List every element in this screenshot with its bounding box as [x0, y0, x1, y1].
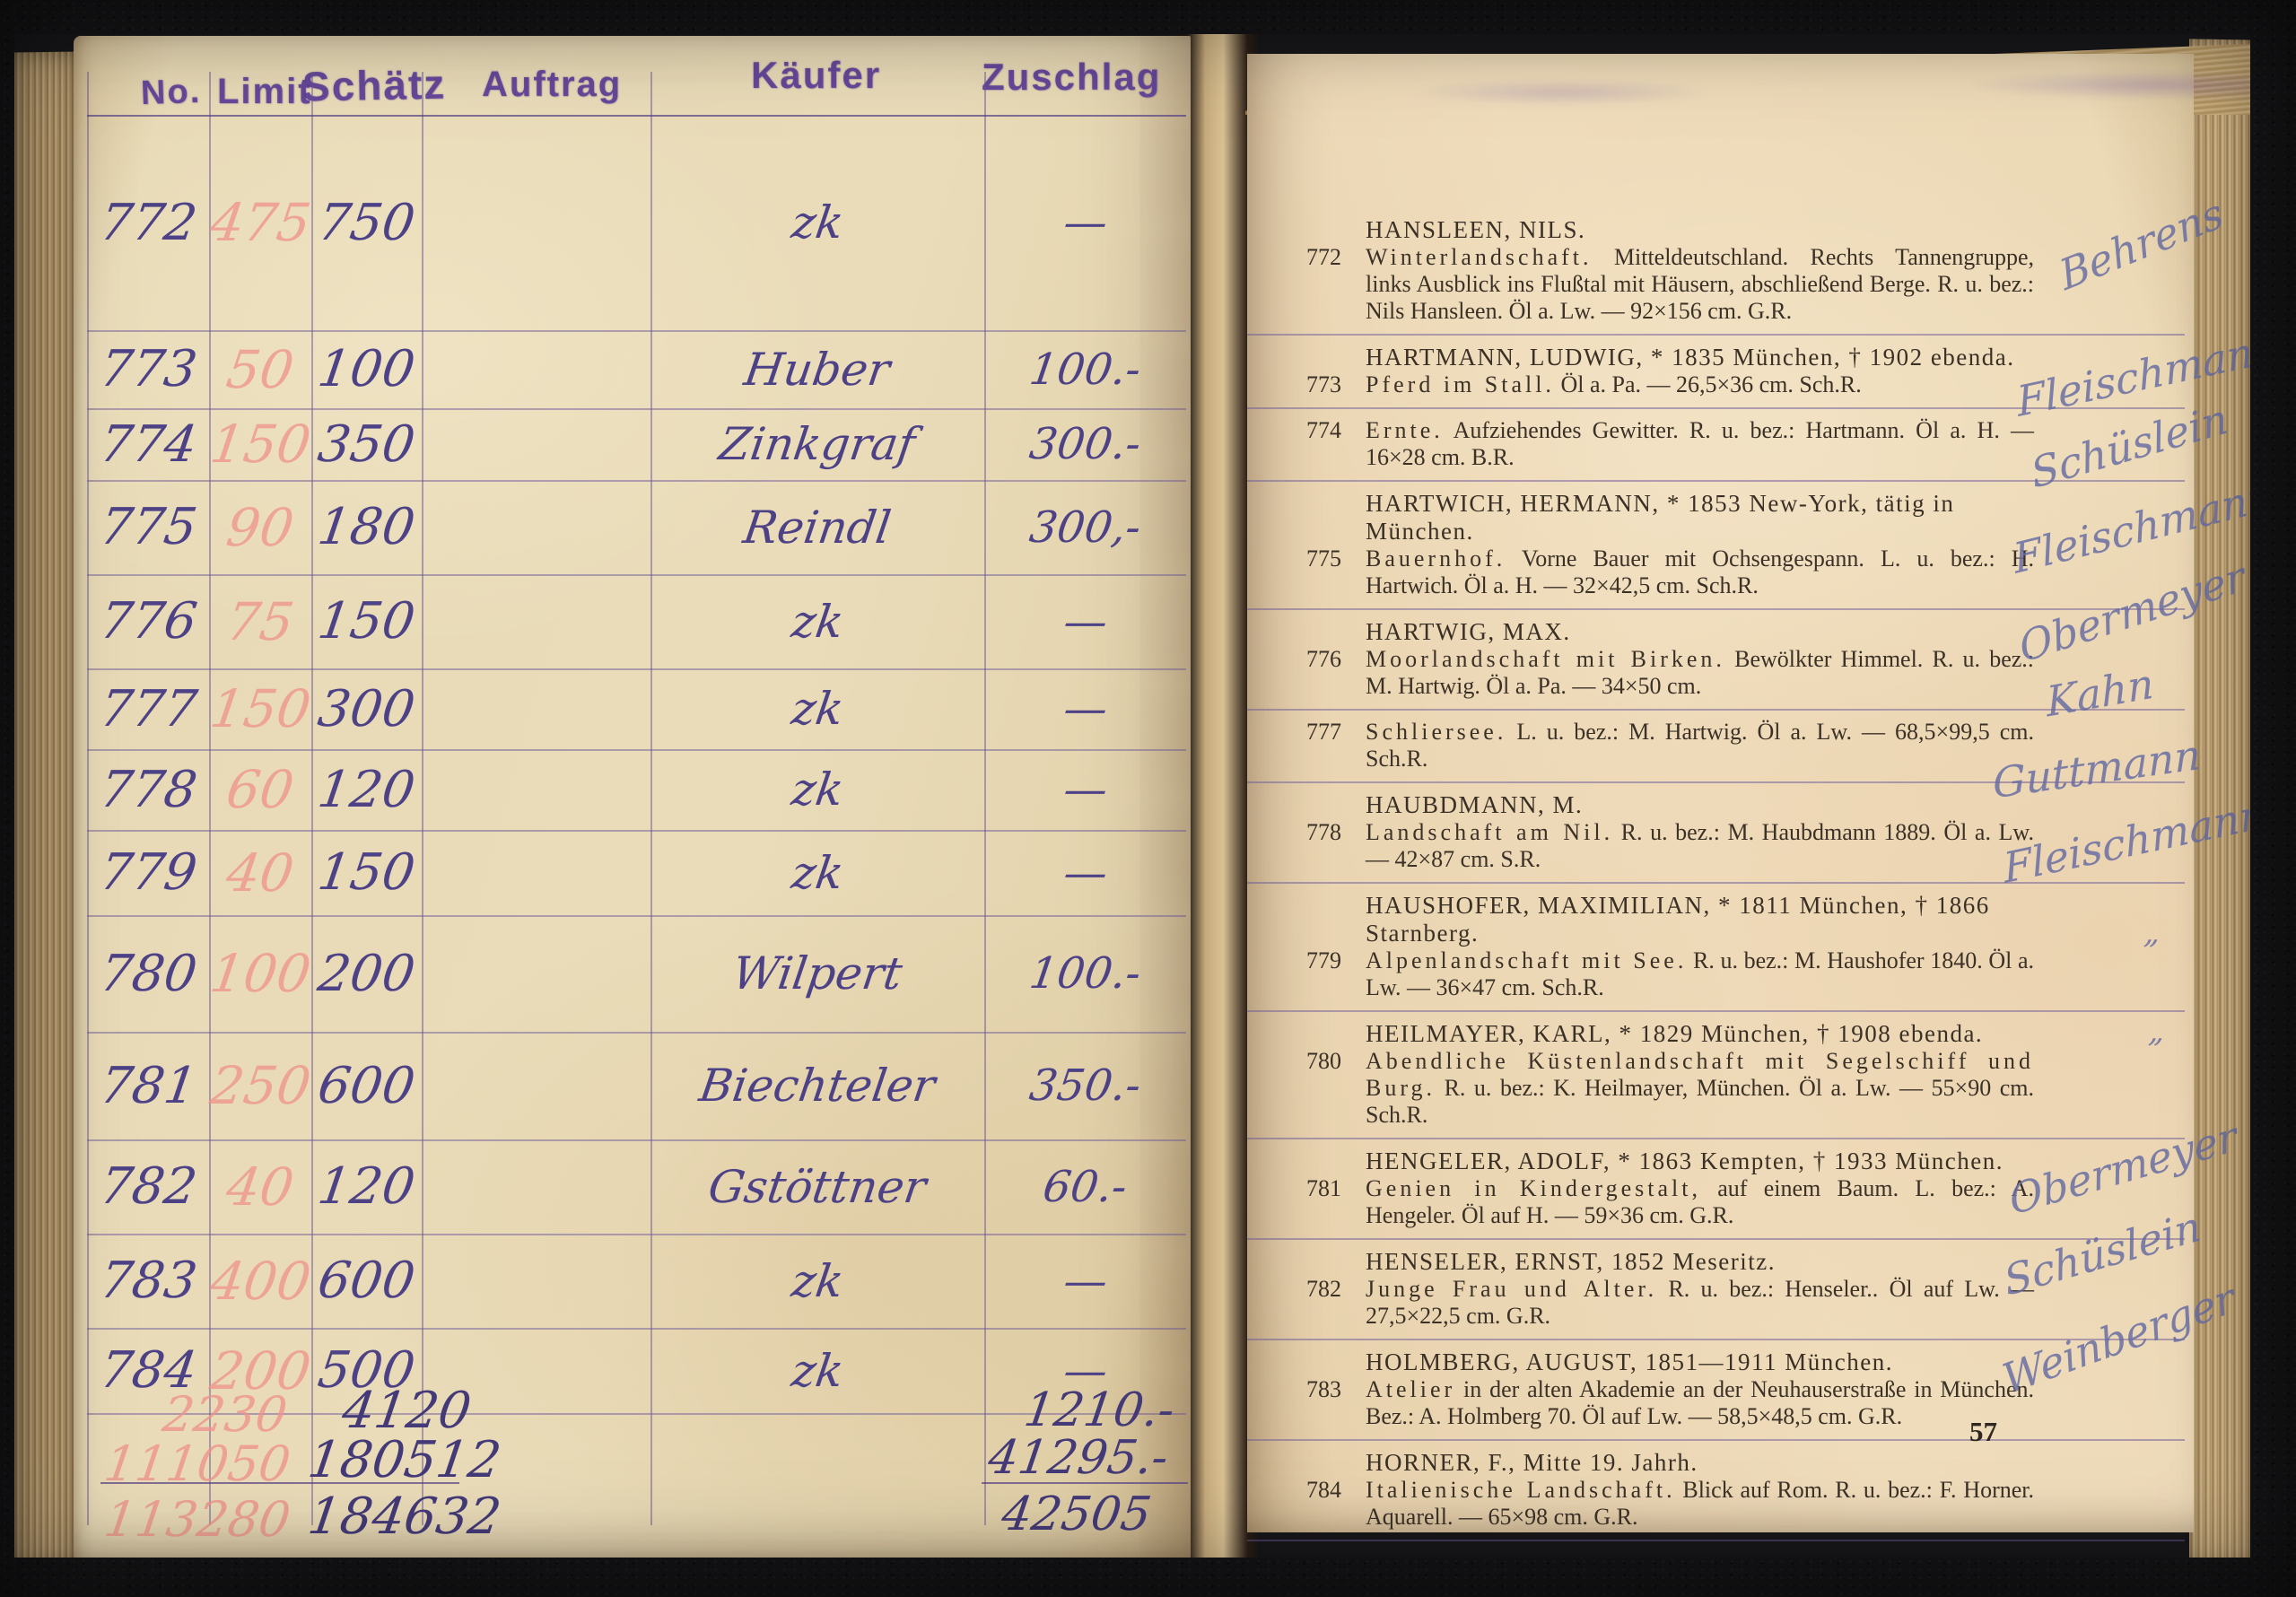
ledger-cell-schatz: 120	[311, 1139, 422, 1234]
ledger-cell-kaufer: Huber	[650, 330, 984, 408]
column-header-limit: Limit	[217, 72, 312, 112]
handwritten-value: 774	[96, 415, 200, 474]
ledger-cell-no: 777	[87, 668, 209, 749]
handwritten-value: 772	[96, 194, 200, 252]
ledger-cell-no: 783	[87, 1234, 209, 1328]
ledger-cell-auftrag	[422, 1139, 650, 1234]
book-cover-right	[2250, 0, 2296, 1597]
handwritten-value: 475	[206, 192, 314, 253]
handwritten-value: zk	[789, 1255, 847, 1307]
lot-details: in der alten Akademie an der Neuhauserst…	[1366, 1376, 2034, 1429]
handwritten-value: 100	[206, 943, 314, 1004]
artist-header-line: HENSELER, ERNST, 1852 Meseritz.	[1366, 1248, 2034, 1276]
ledger-cell-zuschlag: 300.-	[984, 408, 1186, 480]
ledger-cell-auftrag	[422, 115, 650, 330]
lot-description: 773Pferd im Stall. Öl a. Pa. — 26,5×36 c…	[1366, 371, 2034, 398]
handwritten-value: 200	[314, 945, 418, 1003]
lot-number: 774	[1306, 417, 1360, 444]
ledger-cell-kaufer: Gstöttner	[650, 1139, 984, 1234]
book-cover-top	[0, 0, 2296, 34]
lot-title: Schliersee.	[1366, 719, 1506, 745]
total-schatz-carry: 180512	[304, 1431, 504, 1489]
handwritten-value: 90	[223, 497, 297, 558]
handwritten-value: 775	[96, 498, 200, 556]
total-limit-sum: 113280	[101, 1491, 294, 1548]
column-header-no: No.	[140, 73, 202, 113]
handwritten-value: 150	[206, 414, 314, 475]
handwritten-value: 780	[96, 945, 200, 1003]
ledger-cell-kaufer: zk	[650, 1328, 984, 1413]
ledger-cell-schatz: 150	[311, 830, 422, 915]
ledger-cell-auftrag	[422, 1032, 650, 1139]
lot-title: Moorlandschaft mit Birken.	[1366, 646, 1725, 672]
lot-details: Aufziehendes Gewitter. R. u. bez.: Hartm…	[1366, 417, 2034, 470]
handwritten-value: 600	[314, 1057, 418, 1115]
total-schatz-sum: 184632	[304, 1488, 504, 1546]
handwritten-value: 100.-	[1026, 948, 1144, 999]
lot-description: 774Ernte. Aufziehendes Gewitter. R. u. b…	[1366, 417, 2034, 471]
lot-title: Pferd im Stall.	[1366, 371, 1555, 397]
ledger-cell-zuschlag: —	[984, 574, 1186, 668]
ledger-cell-zuschlag: —	[984, 1234, 1186, 1328]
ledger-cell-zuschlag: —	[984, 115, 1186, 330]
handwritten-value: —	[1061, 684, 1111, 734]
book-cover-bottom	[0, 1558, 2296, 1597]
ledger-cell-schatz: 100	[311, 330, 422, 408]
handwritten-value: zk	[789, 596, 847, 648]
lot-details: R. u. bez.: K. Heilmayer, München. Öl a.…	[1366, 1075, 2034, 1128]
lot-number: 781	[1306, 1175, 1360, 1202]
lot-title: Junge Frau und Alter.	[1366, 1276, 1657, 1302]
ledger-cell-limit: 150	[209, 668, 311, 749]
catalog-entry: HAUSHOFER, MAXIMILIAN, * 1811 München, †…	[1247, 884, 2185, 1012]
handwritten-value: 300	[314, 680, 418, 738]
ledger-cell-zuschlag: —	[984, 749, 1186, 830]
lot-description: 775Bauernhof. Vorne Bauer mit Ochsengesp…	[1366, 545, 2034, 599]
handwritten-value: 750	[314, 194, 418, 252]
handwritten-value: 50	[223, 339, 297, 400]
ledger-cell-limit: 400	[209, 1234, 311, 1328]
ledger-cell-limit: 150	[209, 408, 311, 480]
ledger-cell-limit: 40	[209, 830, 311, 915]
ledger-cell-limit: 40	[209, 1139, 311, 1234]
handwritten-value: 400	[206, 1251, 314, 1312]
ledger-cell-no: 774	[87, 408, 209, 480]
lot-number: 772	[1306, 244, 1360, 271]
handwritten-value: 60	[223, 759, 297, 820]
handwritten-value: 100.-	[1026, 345, 1144, 395]
artist-header-line: HARTWIG, MAX.	[1366, 618, 2034, 646]
ledger-cell-no: 773	[87, 330, 209, 408]
ledger-cell-kaufer: Zinkgraf	[650, 408, 984, 480]
totals-sum-line-left	[100, 1482, 459, 1484]
ledger-cell-auftrag	[422, 330, 650, 408]
ledger-cell-limit: 50	[209, 330, 311, 408]
lot-number: 784	[1306, 1477, 1360, 1504]
ledger-cell-auftrag	[422, 668, 650, 749]
ledger-cell-schatz: 600	[311, 1234, 422, 1328]
handwritten-value: zk	[789, 196, 847, 249]
ledger-cell-zuschlag: 300,-	[984, 480, 1186, 574]
ledger-cell-zuschlag: 60.-	[984, 1139, 1186, 1234]
total-zuschlag-carry: 41295.-	[985, 1431, 1172, 1485]
handwritten-value: 777	[96, 680, 200, 738]
ledger-cell-schatz: 120	[311, 749, 422, 830]
ledger-cell-kaufer: zk	[650, 668, 984, 749]
artist-header-line: HORNER, F., Mitte 19. Jahrh.	[1366, 1449, 2034, 1477]
lot-description: 776Moorlandschaft mit Birken. Bewölkter …	[1366, 646, 2034, 700]
lot-number: 778	[1306, 819, 1360, 846]
ledger-cell-no: 779	[87, 830, 209, 915]
catalog-entry: HANSLEEN, NILS.772Winterlandschaft. Mitt…	[1247, 208, 2185, 336]
handwritten-value: 300.-	[1026, 419, 1144, 469]
total-limit-page: 2230	[160, 1386, 291, 1443]
ledger-cell-auftrag	[422, 915, 650, 1032]
catalog-entry: HEILMAYER, KARL, * 1829 München, † 1908 …	[1247, 1012, 2185, 1139]
handwritten-value: Huber	[741, 344, 893, 396]
handwritten-value: 600	[314, 1252, 418, 1310]
artist-header-line: HAUBDMANN, M.	[1366, 791, 2034, 819]
total-zuschlag-sum: 42505	[999, 1488, 1155, 1541]
handwritten-value: Reindl	[740, 502, 895, 554]
handwritten-value: 350	[314, 415, 418, 474]
ledger-cell-schatz: 300	[311, 668, 422, 749]
lot-description: 784Italienische Landschaft. Blick auf Ro…	[1366, 1477, 2034, 1531]
handwritten-value: 783	[96, 1252, 200, 1310]
lot-title: Ernte.	[1366, 417, 1444, 443]
lot-number: 783	[1306, 1376, 1360, 1403]
artist-header-line: HANSLEEN, NILS.	[1366, 216, 2034, 244]
handwritten-value: 250	[206, 1055, 314, 1116]
catalog-entry: HORNER, F., Mitte 19. Jahrh.784Italienis…	[1247, 1441, 2185, 1541]
ledger-cell-zuschlag: 100.-	[984, 915, 1186, 1032]
ledger-cell-limit: 475	[209, 115, 311, 330]
ledger-cell-kaufer: zk	[650, 115, 984, 330]
open-auction-ledger-book: No. Limit Schätz Auftrag Käufer Zuschlag…	[0, 0, 2296, 1597]
lot-title: Bauernhof.	[1366, 545, 1506, 572]
lot-title: Italienische Landschaft.	[1366, 1477, 1676, 1503]
lot-number: 775	[1306, 545, 1360, 572]
ledger-cell-kaufer: Biechteler	[650, 1032, 984, 1139]
lot-number: 777	[1306, 719, 1360, 746]
ledger-cell-zuschlag: 100.-	[984, 330, 1186, 408]
ledger-cell-no: 776	[87, 574, 209, 668]
ledger-cell-schatz: 150	[311, 574, 422, 668]
book-cover-left	[0, 0, 14, 1597]
total-zuschlag-page: 1210.-	[1021, 1383, 1178, 1437]
ledger-cell-no: 775	[87, 480, 209, 574]
catalog-page: HANSLEEN, NILS.772Winterlandschaft. Mitt…	[1247, 54, 2194, 1532]
handwritten-value: —	[1061, 764, 1111, 815]
ledger-cell-kaufer: Reindl	[650, 480, 984, 574]
lot-number: 773	[1306, 371, 1360, 398]
ledger-cell-no: 772	[87, 115, 209, 330]
ledger-cell-auftrag	[422, 830, 650, 915]
handwritten-value: Biechteler	[696, 1060, 938, 1112]
artist-header-line: HARTMANN, LUDWIG, * 1835 München, † 1902…	[1366, 344, 2034, 371]
handwritten-value: 778	[96, 761, 200, 819]
ledger-cell-zuschlag: —	[984, 668, 1186, 749]
ledger-cell-zuschlag: —	[984, 830, 1186, 915]
lot-description: 782Junge Frau und Alter. R. u. bez.: Hen…	[1366, 1276, 2034, 1330]
handwritten-value: zk	[789, 683, 847, 735]
lot-number: 780	[1306, 1048, 1360, 1075]
column-header-kaufer: Käufer	[751, 54, 881, 97]
ledger-cell-schatz: 200	[311, 915, 422, 1032]
handwritten-value: 120	[314, 761, 418, 819]
totals-sum-line-right	[982, 1482, 1188, 1484]
handwritten-value: 40	[223, 1156, 297, 1217]
ledger-cell-kaufer: zk	[650, 1234, 984, 1328]
handwritten-value: 150	[314, 843, 418, 902]
handwritten-value: Wilpert	[729, 947, 905, 999]
lot-description: 779Alpenlandschaft mit See. R. u. bez.: …	[1366, 947, 2034, 1001]
handwritten-value: 150	[206, 678, 314, 739]
ledger-cell-no: 780	[87, 915, 209, 1032]
handwritten-value: zk	[789, 847, 847, 899]
handwritten-value: 120	[314, 1157, 418, 1216]
lot-title: Winterlandschaft.	[1366, 244, 1593, 270]
handwritten-value: Gstöttner	[705, 1161, 930, 1213]
artist-header-line: HENGELER, ADOLF, * 1863 Kempten, † 1933 …	[1366, 1148, 2034, 1175]
handwritten-value: 180	[314, 498, 418, 556]
lot-title: Alpenlandschaft mit See.	[1366, 947, 1687, 973]
ledger-cell-kaufer: zk	[650, 749, 984, 830]
lot-description: 772Winterlandschaft. Mitteldeutschland. …	[1366, 244, 2034, 325]
handwritten-value: —	[1061, 597, 1111, 647]
ledger-cell-schatz: 750	[311, 115, 422, 330]
column-header-auftrag: Auftrag	[482, 65, 622, 105]
handwritten-value: 781	[96, 1057, 200, 1115]
handwritten-value: 350.-	[1026, 1060, 1144, 1111]
handwritten-value: 150	[314, 592, 418, 650]
handwritten-value: 100	[314, 340, 418, 398]
ledger-cell-no: 782	[87, 1139, 209, 1234]
handwritten-value: zk	[789, 764, 847, 816]
handwritten-value: 773	[96, 340, 200, 398]
ledger-cell-kaufer: Wilpert	[650, 915, 984, 1032]
handwritten-value: 300,-	[1026, 502, 1144, 553]
artist-header-line: HARTWICH, HERMANN, * 1853 New-York, täti…	[1366, 490, 2034, 545]
ledger-cell-kaufer: zk	[650, 830, 984, 915]
lot-number: 782	[1306, 1276, 1360, 1303]
ledger-cell-no: 778	[87, 749, 209, 830]
ledger-page: No. Limit Schätz Auftrag Käufer Zuschlag…	[74, 36, 1191, 1561]
handwritten-value: —	[1061, 197, 1111, 248]
handwritten-value: Zinkgraf	[716, 418, 919, 470]
ledger-cell-limit: 75	[209, 574, 311, 668]
lot-number: 779	[1306, 947, 1360, 974]
page-number: 57	[1969, 1416, 1997, 1448]
ledger-cell-auftrag	[422, 574, 650, 668]
column-header-schatz: Schätz	[302, 60, 447, 111]
lot-title: Landschaft am Nil.	[1366, 819, 1613, 845]
handwritten-value: 75	[223, 591, 297, 652]
lot-details: Öl a. Pa. — 26,5×36 cm. Sch.R.	[1560, 371, 1861, 397]
artist-header-line: HEILMAYER, KARL, * 1829 München, † 1908 …	[1366, 1020, 2034, 1048]
ledger-cell-schatz: 600	[311, 1032, 422, 1139]
column-header-zuschlag: Zuschlag	[982, 56, 1161, 99]
ledger-cell-schatz: 350	[311, 408, 422, 480]
ledger-cell-no: 781	[87, 1032, 209, 1139]
ledger-cell-auftrag	[422, 749, 650, 830]
lot-title: Genien in Kindergestalt,	[1366, 1175, 1701, 1201]
ledger-cell-limit: 90	[209, 480, 311, 574]
handwritten-value: 782	[96, 1157, 200, 1216]
ledger-cell-auftrag	[422, 480, 650, 574]
handwritten-value: 40	[223, 842, 297, 903]
ledger-cell-auftrag	[422, 408, 650, 480]
handwritten-value: zk	[789, 1345, 847, 1397]
lot-description: 778Landschaft am Nil. R. u. bez.: M. Hau…	[1366, 819, 2034, 873]
lot-title: Atelier	[1366, 1376, 1455, 1402]
handwritten-value: 779	[96, 843, 200, 902]
ledger-cell-limit: 100	[209, 915, 311, 1032]
ledger-cell-kaufer: zk	[650, 574, 984, 668]
lot-description: 783Atelier in der alten Akademie an der …	[1366, 1376, 2034, 1430]
ledger-cell-zuschlag: 350.-	[984, 1032, 1186, 1139]
handwritten-value: —	[1061, 848, 1111, 898]
artist-header-line: HAUSHOFER, MAXIMILIAN, * 1811 München, †…	[1366, 892, 2034, 947]
lot-description: 781Genien in Kindergestalt, auf einem Ba…	[1366, 1175, 2034, 1229]
handwritten-value: 776	[96, 592, 200, 650]
handwritten-value: —	[1061, 1256, 1111, 1306]
ledger-cell-limit: 60	[209, 749, 311, 830]
ledger-cell-auftrag	[422, 1234, 650, 1328]
artist-header-line: HOLMBERG, AUGUST, 1851—1911 München.	[1366, 1348, 2034, 1376]
page-stack-edge-left	[14, 52, 77, 1567]
handwritten-value: 60.-	[1040, 1162, 1130, 1212]
ledger-cell-limit: 250	[209, 1032, 311, 1139]
lot-description: 777Schliersee. L. u. bez.: M. Hartwig. Ö…	[1366, 719, 2034, 772]
lot-description: 780Abendliche Küstenlandschaft mit Segel…	[1366, 1048, 2034, 1129]
ledger-cell-schatz: 180	[311, 480, 422, 574]
lot-number: 776	[1306, 646, 1360, 673]
